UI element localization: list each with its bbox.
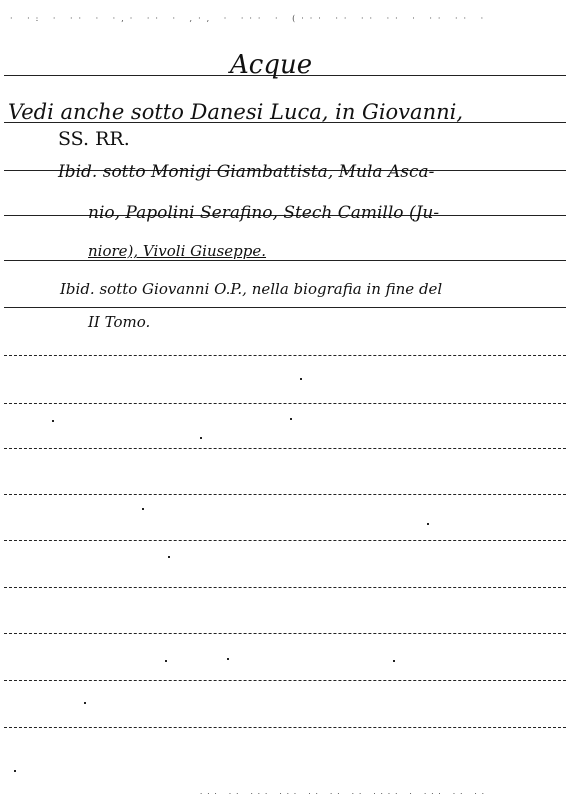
ruled-line [4,448,566,449]
entry-2-line-1: Ibid. sotto Monigi Giambattista, Mula As… [58,162,434,182]
ruled-line [4,633,566,634]
ruled-line [4,307,566,308]
scan-speck [142,508,144,510]
scan-speck [227,658,229,660]
entry-2-line-2: nio, Papolini Serafino, Stech Camillo (J… [88,203,439,223]
scan-speck [290,418,292,420]
card-title: Acque [230,50,312,80]
ruled-line [4,540,566,541]
footer-scan-noise: ··· ·· ··· ··· ·· ·· ·· ···· · ··· ·· ·· [200,790,489,798]
entry-3-line-2: II Tomo. [88,313,150,331]
entry-1-line-2: SS. RR. [58,128,130,150]
index-card: · ·: · ·· · ·,· ·· · ,·, · ··· · (··· ··… [0,0,570,800]
scan-speck [84,702,86,704]
scan-speck [165,660,167,662]
entry-1-line-1: Vedi anche sotto Danesi Luca, in Giovann… [8,100,463,124]
ruled-line [4,494,566,495]
ruled-line [4,403,566,404]
entry-3-line-1: Ibid. sotto Giovanni O.P., nella biograf… [60,280,442,298]
header-scan-noise: · ·: · ·· · ·,· ·· · ,·, · ··· · (··· ··… [10,14,489,23]
entry-2-line-3: niore), Vivoli Giuseppe. [88,242,266,260]
ruled-line [4,260,566,261]
scan-speck [300,378,302,380]
scan-speck [168,556,170,558]
scan-speck [52,420,54,422]
scan-speck [427,523,429,525]
ruled-line [4,727,566,728]
ruled-line [4,355,566,356]
ruled-line [4,587,566,588]
scan-speck [393,660,395,662]
scan-speck [200,437,202,439]
scan-speck [14,770,16,772]
ruled-line [4,680,566,681]
